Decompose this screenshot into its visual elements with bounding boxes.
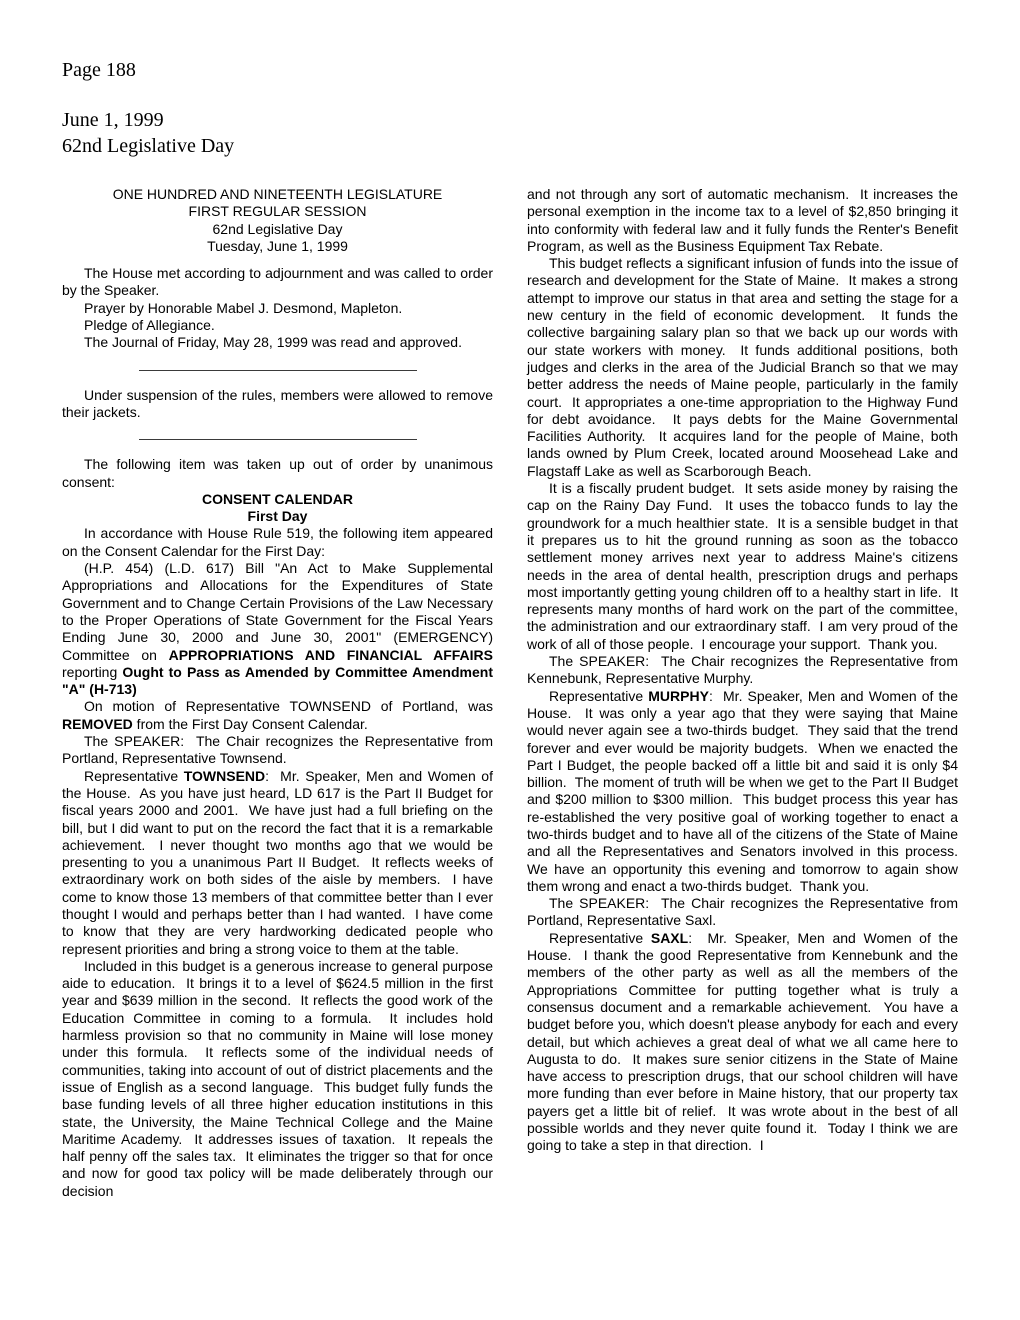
session-header-line: FIRST REGULAR SESSION xyxy=(62,203,493,220)
paragraph: The SPEAKER: The Chair recognizes the Re… xyxy=(527,653,958,688)
paragraph: The following item was taken up out of o… xyxy=(62,456,493,491)
paragraph: Representative SAXL: Mr. Speaker, Men an… xyxy=(527,930,958,1155)
bold-text: REMOVED xyxy=(62,716,133,732)
session-header-line: ONE HUNDRED AND NINETEENTH LEGISLATURE xyxy=(62,186,493,203)
text: Representative xyxy=(549,930,651,946)
text: Under suspension of the rules, members w… xyxy=(62,387,497,420)
text: The SPEAKER: The Chair recognizes the Re… xyxy=(62,733,497,766)
paragraph: Under suspension of the rules, members w… xyxy=(62,387,493,422)
text: Representative xyxy=(549,688,648,704)
paragraph: The SPEAKER: The Chair recognizes the Re… xyxy=(527,895,958,930)
session-header-line: 62nd Legislative Day xyxy=(62,221,493,238)
right-column: and not through any sort of automatic me… xyxy=(527,186,958,1200)
separator-rule xyxy=(139,427,417,440)
text: : Mr. Speaker, Men and Women of the Hous… xyxy=(527,688,966,894)
paragraph: (H.P. 454) (L.D. 617) Bill "An Act to Ma… xyxy=(62,560,493,698)
paragraph: Representative TOWNSEND: Mr. Speaker, Me… xyxy=(62,768,493,958)
text: The Journal of Friday, May 28, 1999 was … xyxy=(84,334,462,350)
columns: ONE HUNDRED AND NINETEENTH LEGISLATUREFI… xyxy=(62,186,958,1200)
paragraph: The House met according to adjournment a… xyxy=(62,265,493,300)
session-header-line: Tuesday, June 1, 1999 xyxy=(62,238,493,255)
section-heading: CONSENT CALENDAR xyxy=(62,491,493,508)
bold-text: Ought to Pass as Amended by Committee Am… xyxy=(62,664,497,697)
text: The House met according to adjournment a… xyxy=(62,265,497,298)
text: In accordance with House Rule 519, the f… xyxy=(62,525,497,558)
page-number: Page 188 xyxy=(62,57,136,83)
paragraph: The SPEAKER: The Chair recognizes the Re… xyxy=(62,733,493,768)
paragraph: Prayer by Honorable Mabel J. Desmond, Ma… xyxy=(62,300,493,317)
text: from the First Day Consent Calendar. xyxy=(133,716,368,732)
paragraph: It is a fiscally prudent budget. It sets… xyxy=(527,480,958,653)
paragraph: This budget reflects a significant infus… xyxy=(527,255,958,480)
page: Page 188 June 1, 1999 62nd Legislative D… xyxy=(0,0,1020,1320)
text: Prayer by Honorable Mabel J. Desmond, Ma… xyxy=(84,300,402,316)
spacer xyxy=(62,255,493,265)
paragraph: and not through any sort of automatic me… xyxy=(527,186,958,255)
bold-text: TOWNSEND xyxy=(184,768,265,784)
text: This budget reflects a significant infus… xyxy=(527,255,962,479)
paragraph: Pledge of Allegiance. xyxy=(62,317,493,334)
text: On motion of Representative TOWNSEND of … xyxy=(84,698,497,714)
text: The SPEAKER: The Chair recognizes the Re… xyxy=(527,653,962,686)
text: The following item was taken up out of o… xyxy=(62,456,497,489)
section-heading: First Day xyxy=(62,508,493,525)
text: Representative xyxy=(84,768,184,784)
paragraph: Representative MURPHY: Mr. Speaker, Men … xyxy=(527,688,958,896)
text: It is a fiscally prudent budget. It sets… xyxy=(527,480,962,652)
document-header: June 1, 1999 62nd Legislative Day xyxy=(62,107,234,159)
paragraph: The Journal of Friday, May 28, 1999 was … xyxy=(62,334,493,351)
text: and not through any sort of automatic me… xyxy=(527,186,962,254)
text: Pledge of Allegiance. xyxy=(84,317,215,333)
text: Included in this budget is a generous in… xyxy=(62,958,497,1199)
bold-text: MURPHY xyxy=(648,688,709,704)
bold-text: APPROPRIATIONS AND FINANCIAL AFFAIRS xyxy=(169,647,493,663)
separator-rule xyxy=(139,358,417,371)
paragraph: On motion of Representative TOWNSEND of … xyxy=(62,698,493,733)
text: : Mr. Speaker, Men and Women of the Hous… xyxy=(527,930,962,1154)
paragraph: Included in this budget is a generous in… xyxy=(62,958,493,1200)
left-column: ONE HUNDRED AND NINETEENTH LEGISLATUREFI… xyxy=(62,186,493,1200)
paragraph: In accordance with House Rule 519, the f… xyxy=(62,525,493,560)
bold-text: SAXL xyxy=(651,930,688,946)
text: : Mr. Speaker, Men and Women of the Hous… xyxy=(62,768,497,957)
text: The SPEAKER: The Chair recognizes the Re… xyxy=(527,895,962,928)
legislative-day: 62nd Legislative Day xyxy=(62,133,234,159)
document-date: June 1, 1999 xyxy=(62,107,234,133)
